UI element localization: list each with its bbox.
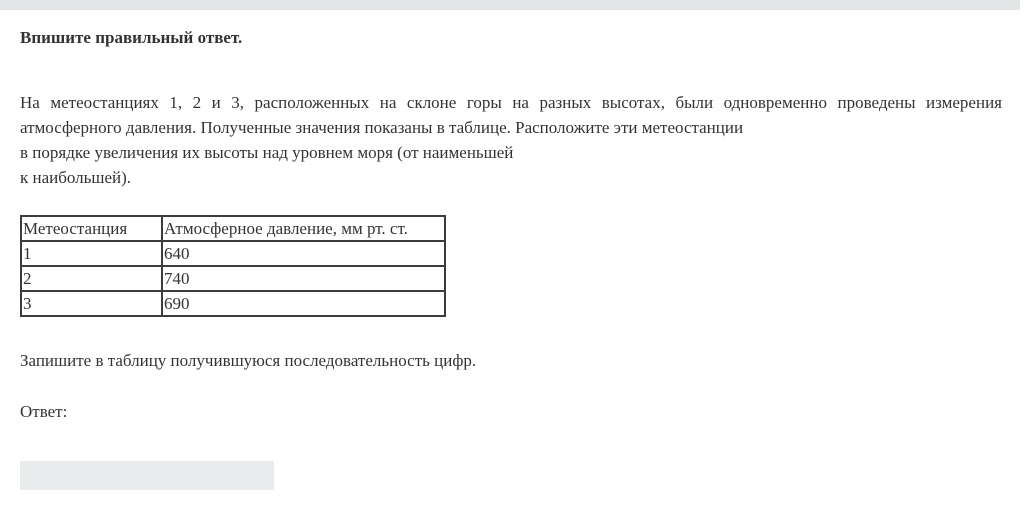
table-row: 2 740 <box>21 266 445 291</box>
table-cell-station: 2 <box>21 266 162 291</box>
pressure-table: Метеостанция Атмосферное давление, мм рт… <box>20 215 446 317</box>
task-text-line: атмосферного давления. Полученные значен… <box>20 115 1002 140</box>
task-header: Впишите правильный ответ. <box>20 28 242 48</box>
table-cell-pressure: 740 <box>162 266 445 291</box>
table-cell-station: 1 <box>21 241 162 266</box>
answer-label: Ответ: <box>20 402 67 422</box>
table-header-row: Метеостанция Атмосферное давление, мм рт… <box>21 216 445 241</box>
answer-input[interactable] <box>20 461 274 490</box>
table-cell-pressure: 640 <box>162 241 445 266</box>
table-cell-station: 3 <box>21 291 162 316</box>
task-description: На метеостанциях 1, 2 и 3, расположенных… <box>20 90 1002 190</box>
top-bar <box>0 0 1020 10</box>
table-row: 3 690 <box>21 291 445 316</box>
table-row: 1 640 <box>21 241 445 266</box>
task-text-line: На метеостанциях 1, 2 и 3, расположенных… <box>20 90 1002 115</box>
table-header-pressure: Атмосферное давление, мм рт. ст. <box>162 216 445 241</box>
task-text-line: к наибольшей). <box>20 165 1002 190</box>
instruction-text: Запишите в таблицу получившуюся последов… <box>20 351 476 371</box>
table-cell-pressure: 690 <box>162 291 445 316</box>
task-text-line: в порядке увеличения их высоты над уровн… <box>20 140 1002 165</box>
table-header-station: Метеостанция <box>21 216 162 241</box>
